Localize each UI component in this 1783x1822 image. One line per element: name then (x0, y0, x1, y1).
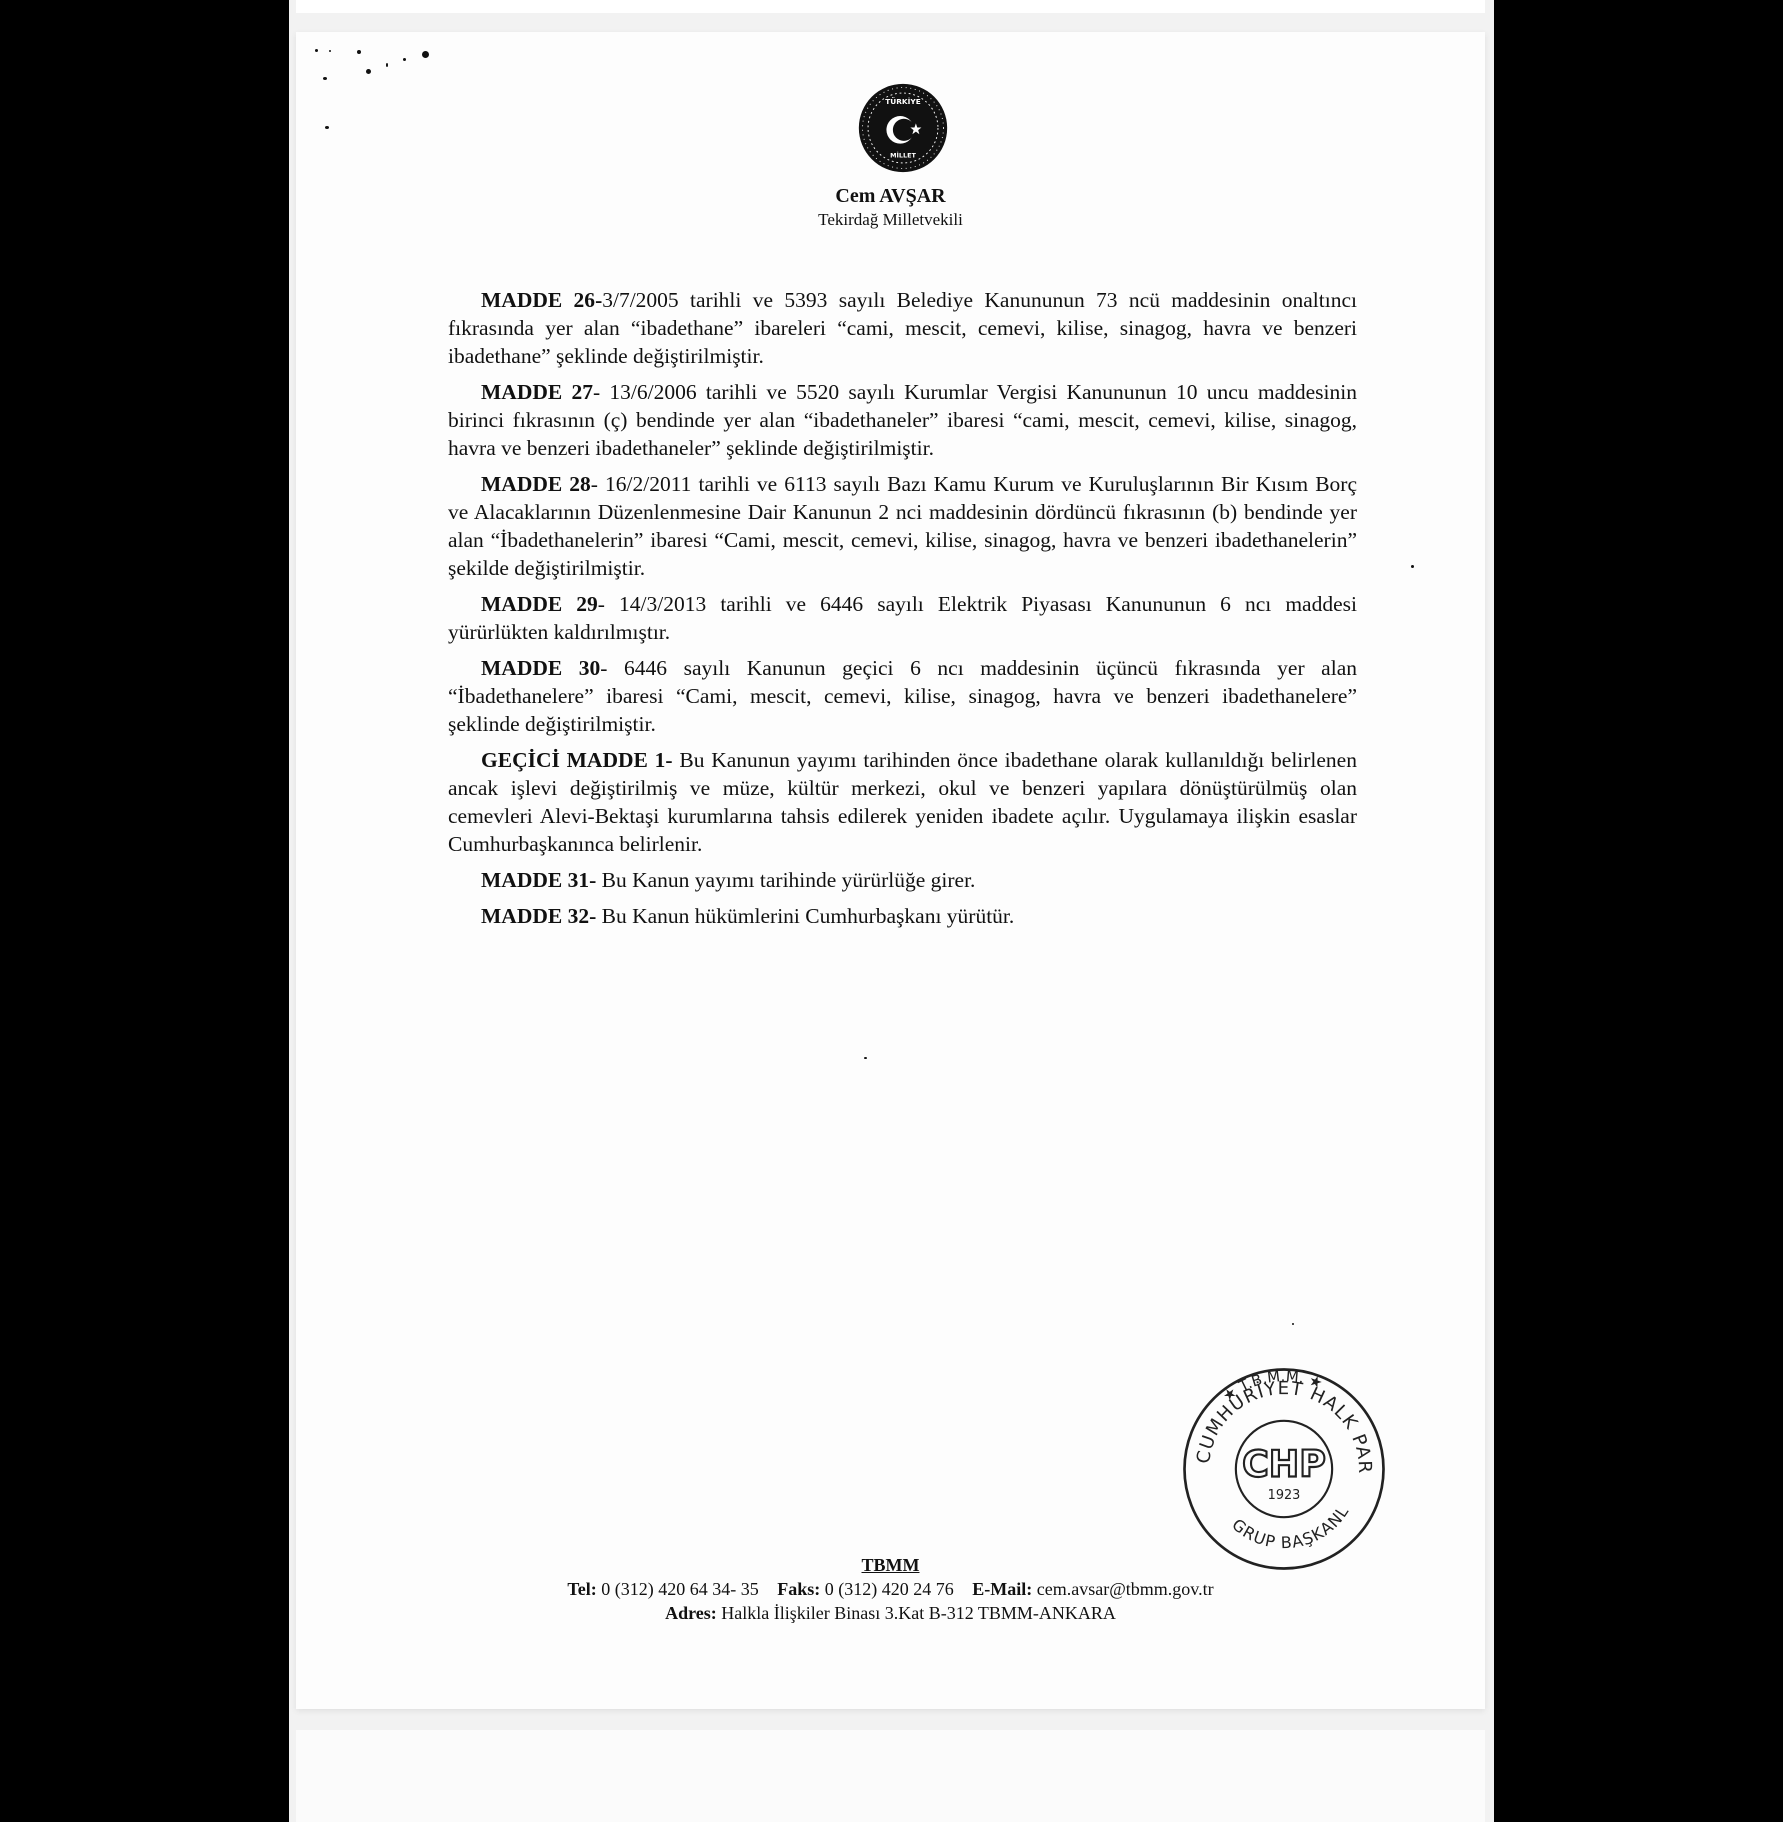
article-text: Bu Kanun yayımı tarihinde yürürlüğe gire… (602, 868, 976, 892)
article-paragraph: MADDE 27- 13/6/2006 tarihli ve 5520 sayı… (448, 378, 1357, 462)
document-viewer[interactable]: TÜRKİYE MİLLET Cem AVŞAR Tekirdağ Millet… (289, 0, 1494, 1822)
article-text: Bu Kanun hükümlerini Cumhurbaşkanı yürüt… (602, 904, 1015, 928)
article-label: MADDE 32 (481, 904, 589, 928)
article-label: GEÇİCİ MADDE 1 (481, 748, 665, 772)
svg-text:TÜRKİYE: TÜRKİYE (885, 97, 920, 106)
tbmm-emblem-icon: TÜRKİYE MİLLET (857, 82, 949, 174)
scan-artifact (864, 1057, 867, 1059)
scan-artifact (403, 58, 406, 61)
scan-artifact (1411, 565, 1414, 568)
article-paragraph: MADDE 31- Bu Kanun yayımı tarihinde yürü… (448, 866, 1357, 894)
scan-artifact (323, 77, 327, 80)
scan-artifact (422, 51, 429, 58)
previous-page-edge (296, 0, 1485, 13)
svg-text:MİLLET: MİLLET (890, 150, 916, 159)
article-paragraph: MADDE 28- 16/2/2011 tarihli ve 6113 sayı… (448, 470, 1357, 582)
footer-contact-line: Tel: 0 (312) 420 64 34- 35 Faks: 0 (312)… (296, 1577, 1485, 1601)
article-paragraph: MADDE 29- 14/3/2013 tarihli ve 6446 sayı… (448, 590, 1357, 646)
article-label: MADDE 26 (481, 288, 595, 312)
document-page: TÜRKİYE MİLLET Cem AVŞAR Tekirdağ Millet… (296, 32, 1485, 1709)
scan-artifact (325, 126, 329, 129)
footer-fax: 0 (312) 420 24 76 (825, 1579, 954, 1599)
document-body: MADDE 26-3/7/2005 tarihli ve 5393 sayılı… (448, 286, 1357, 938)
article-paragraph: MADDE 32- Bu Kanun hükümlerini Cumhurbaş… (448, 902, 1357, 930)
article-paragraph: MADDE 30- 6446 sayılı Kanunun geçici 6 n… (448, 654, 1357, 738)
footer-org: TBMM (296, 1553, 1485, 1577)
article-label: MADDE 31 (481, 868, 589, 892)
svg-text:CHP: CHP (1242, 1442, 1326, 1485)
article-label: MADDE 27 (481, 380, 593, 404)
article-label: MADDE 28 (481, 472, 591, 496)
letterhead-footer: TBMM Tel: 0 (312) 420 64 34- 35 Faks: 0 … (296, 1553, 1485, 1625)
footer-address-line: Adres: Halkla İlişkiler Binası 3.Kat B-3… (296, 1601, 1485, 1625)
member-title: Tekirdağ Milletvekili (296, 210, 1485, 230)
member-name: Cem AVŞAR (296, 185, 1485, 208)
footer-address: Halkla İlişkiler Binası 3.Kat B-312 TBMM… (721, 1603, 1116, 1623)
chp-group-stamp-icon: CUMHURİYET HALK PARTİSİ ★ T.B.M.M. ★ GRU… (1177, 1362, 1391, 1576)
next-page-edge (296, 1730, 1485, 1822)
scan-artifact (366, 69, 371, 74)
article-label: MADDE 30 (481, 656, 600, 680)
scan-artifact (357, 50, 361, 54)
article-paragraph: MADDE 26-3/7/2005 tarihli ve 5393 sayılı… (448, 286, 1357, 370)
scan-artifact (329, 50, 331, 52)
article-label: MADDE 29 (481, 592, 598, 616)
scan-artifact (386, 63, 388, 67)
scan-artifact (1292, 1323, 1294, 1325)
svg-text:1923: 1923 (1268, 1488, 1301, 1503)
scan-artifact (315, 49, 318, 52)
footer-email: cem.avsar@tbmm.gov.tr (1037, 1579, 1214, 1599)
footer-phone: 0 (312) 420 64 34- 35 (601, 1579, 758, 1599)
article-paragraph: GEÇİCİ MADDE 1- Bu Kanunun yayımı tarihi… (448, 746, 1357, 858)
